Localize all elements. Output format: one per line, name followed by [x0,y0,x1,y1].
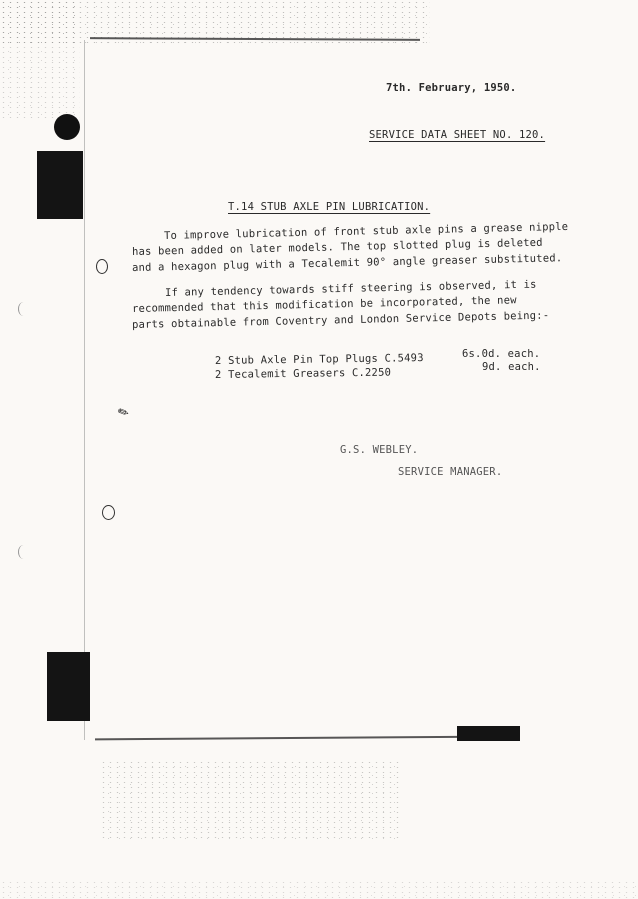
page-edge-bottom [95,736,495,741]
document-date: 7th. February, 1950. [386,82,516,94]
faint-ring-icon [18,545,29,559]
scan-noise-left [0,0,80,120]
part-2-description: 2 Tecalemit Greasers C.2250 [215,367,391,381]
part-2-price: 9d. each. [482,361,541,373]
part-1-price: 6s.0d. each. [462,348,540,360]
sheet-title: SERVICE DATA SHEET NO. 120. [369,129,545,141]
punch-hole-mark [54,114,80,140]
black-margin-block-top [37,151,83,219]
scan-noise-bottom [100,760,400,840]
signatory-name: G.S. WEBLEY. [340,444,418,456]
ink-mark-icon: ✎ [114,401,131,422]
signatory-title: SERVICE MANAGER. [398,466,502,478]
subject-heading: T.14 STUB AXLE PIN LUBRICATION. [228,201,430,213]
black-edge-block [457,726,520,741]
page-edge-left [84,40,85,740]
binder-ring-icon [102,505,115,520]
scan-noise-bottom-strip [0,880,638,899]
faint-ring-icon [18,302,29,316]
binder-ring-icon [96,259,108,274]
black-margin-block-bottom [47,652,90,721]
part-1-description: 2 Stub Axle Pin Top Plugs C.5493 [215,352,424,367]
